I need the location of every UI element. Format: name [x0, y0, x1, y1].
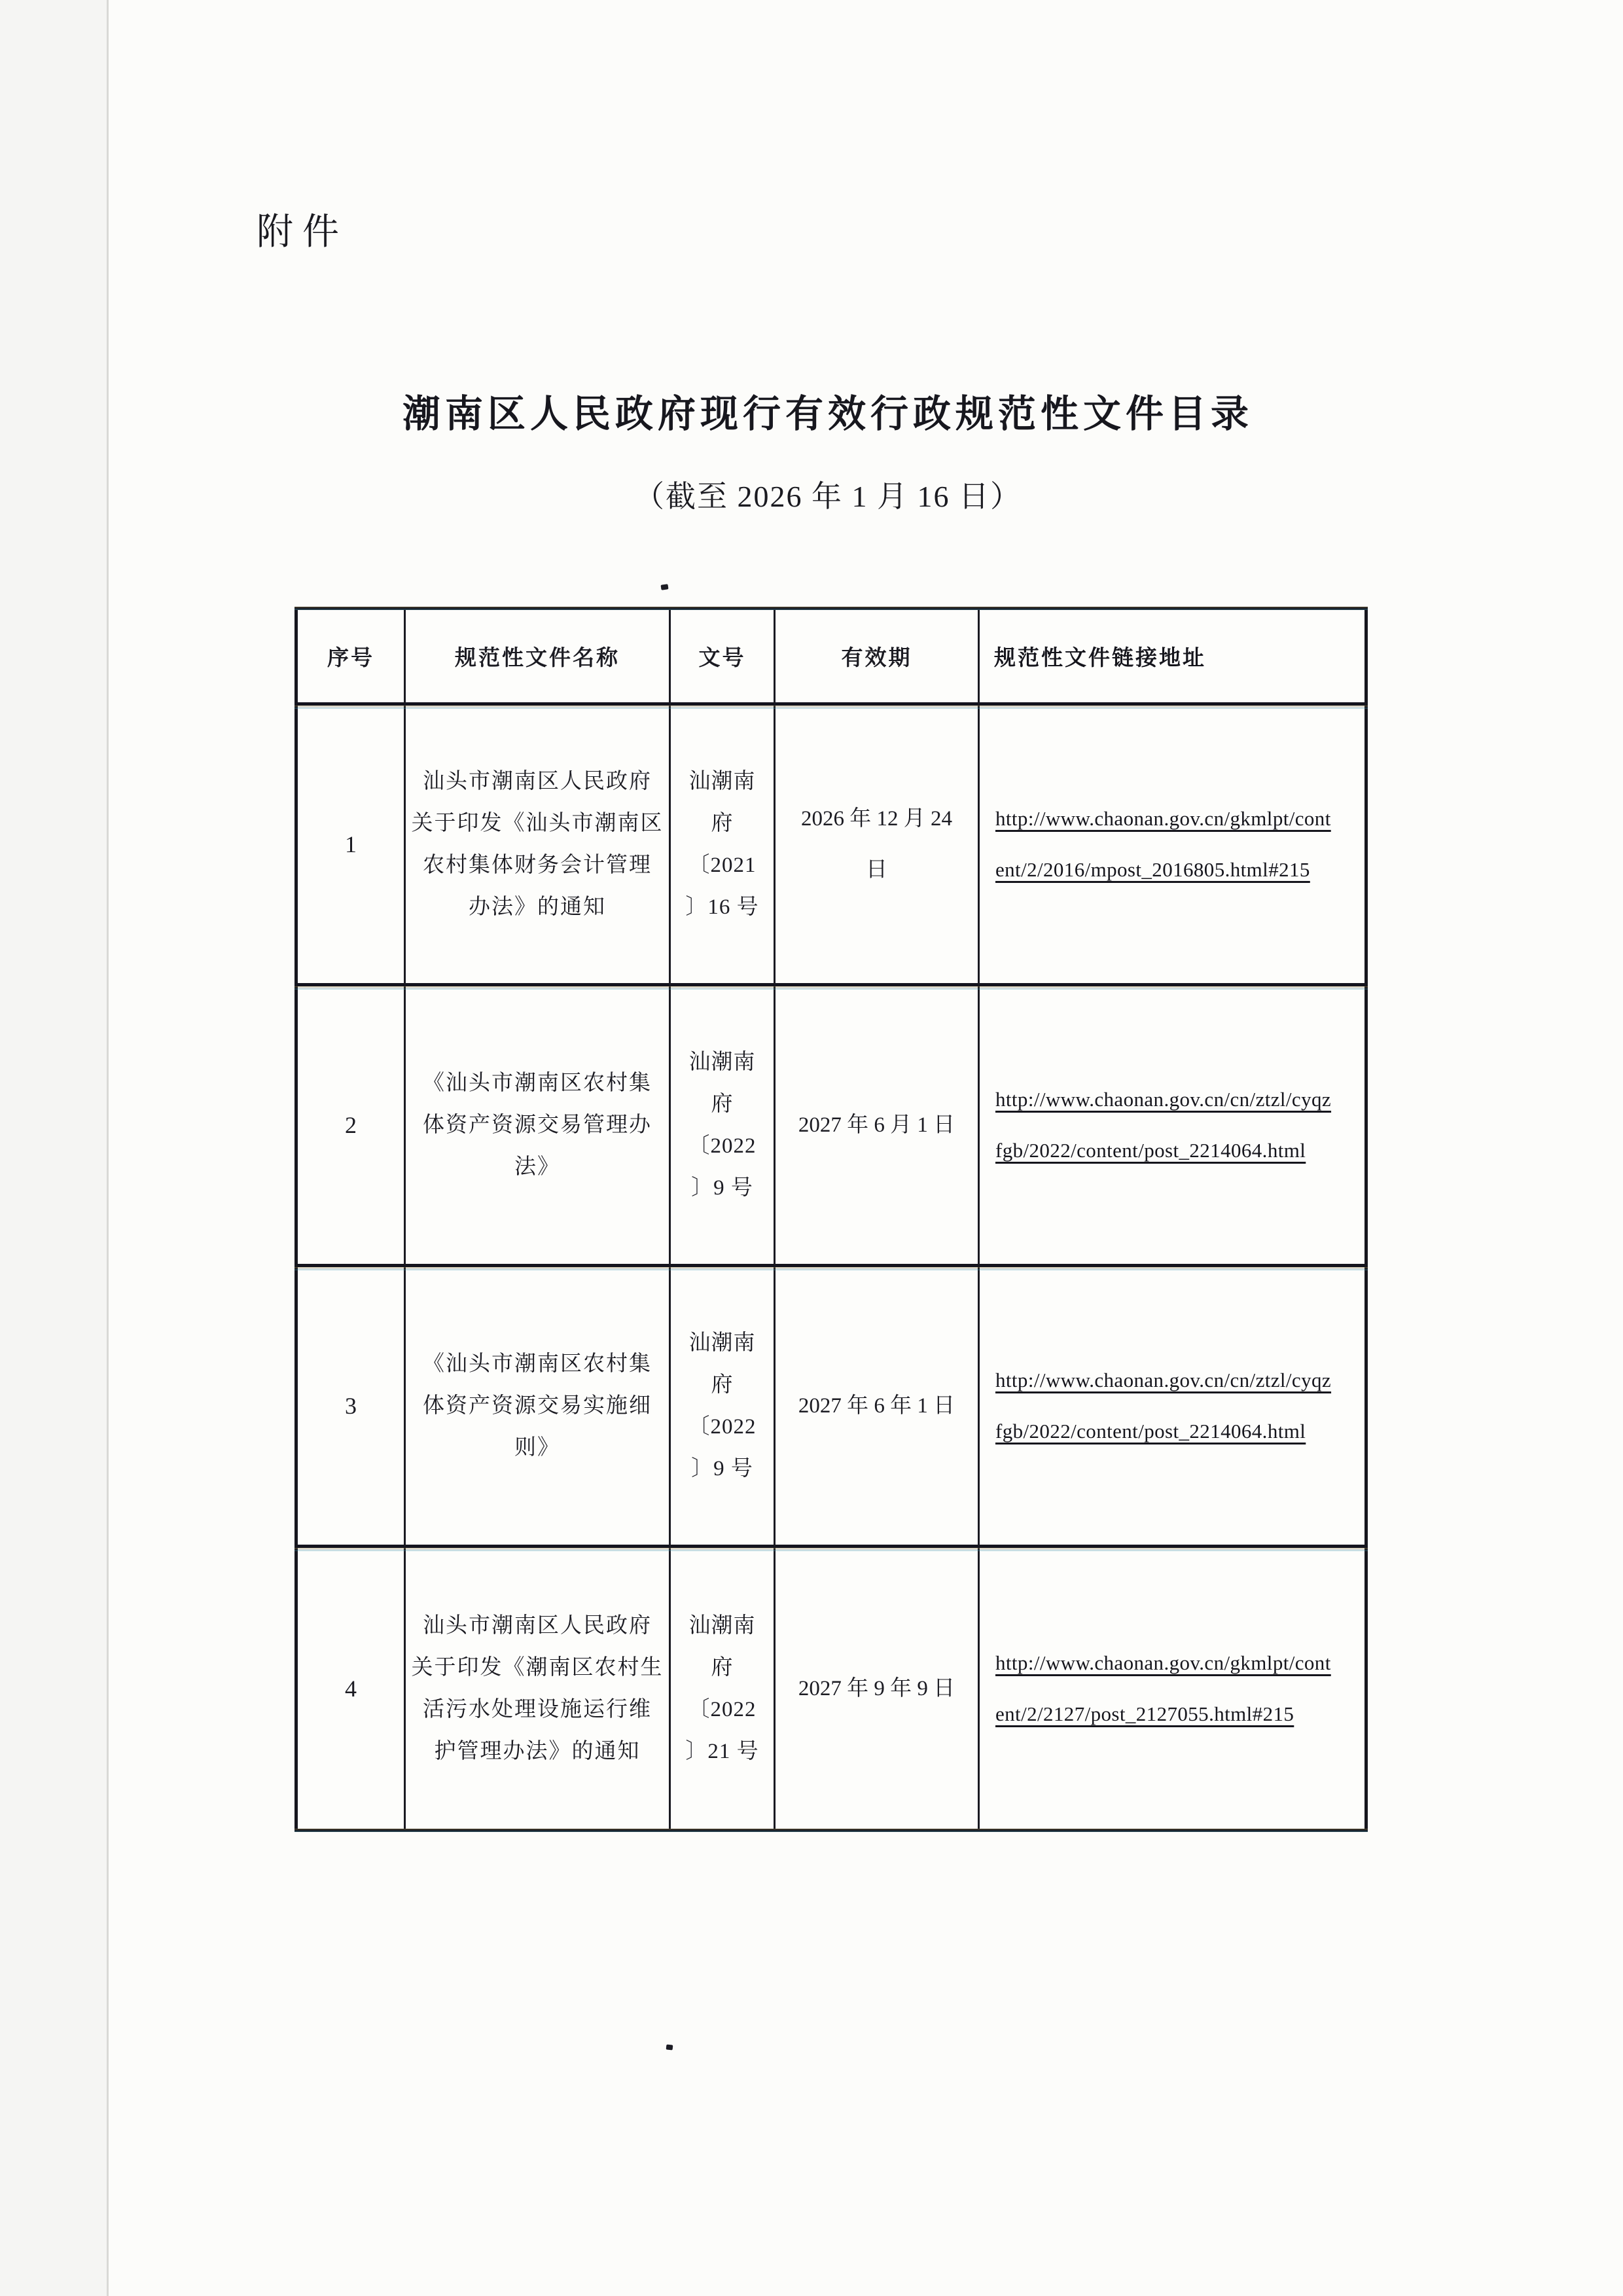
row3-doc-number: 汕潮南府〔2022〕9 号 — [671, 1267, 776, 1548]
row4-document-link[interactable]: http://www.chaonan.gov.cn/gkmlpt/content… — [980, 1548, 1364, 1829]
scanned-document-page: 附件 潮南区人民政府现行有效行政规范性文件目录 （截至 2026 年 1 月 1… — [0, 0, 1623, 2296]
row1-document-name: 汕头市潮南区人民政府关于印发《汕头市潮南区农村集体财务会计管理办法》的通知 — [406, 706, 671, 986]
header-doc-no: 文号 — [671, 610, 776, 706]
row1-doc-number: 汕潮南府〔2021〕16 号 — [671, 706, 776, 986]
page-edge-line — [107, 0, 109, 2296]
documents-table: 序号 规范性文件名称 文号 有效期 规范性文件链接地址 1 汕头市潮南区人民政府… — [294, 607, 1368, 1832]
page-title: 潮南区人民政府现行有效行政规范性文件目录 — [294, 383, 1361, 438]
row4-index: 4 — [298, 1548, 406, 1829]
row1-document-link[interactable]: http://www.chaonan.gov.cn/gkmlpt/content… — [980, 706, 1364, 986]
header-validity: 有效期 — [776, 610, 980, 706]
ink-speck — [666, 2044, 673, 2050]
row1-validity: 2026 年 12 月 24日 — [776, 706, 980, 986]
row2-index: 2 — [298, 986, 406, 1267]
attachment-label: 附件 — [257, 211, 348, 255]
row4-validity: 2027 年 9 年 9 日 — [776, 1548, 980, 1829]
row2-document-link[interactable]: http://www.chaonan.gov.cn/cn/ztzl/cyqzfg… — [980, 986, 1364, 1267]
row4-document-name: 汕头市潮南区人民政府关于印发《潮南区农村生活污水处理设施运行维护管理办法》的通知 — [406, 1548, 671, 1829]
page-subtitle: （截至 2026 年 1 月 16 日） — [294, 473, 1361, 516]
row2-doc-number: 汕潮南府〔2022〕9 号 — [671, 986, 776, 1267]
row1-index: 1 — [298, 706, 406, 986]
row3-document-link[interactable]: http://www.chaonan.gov.cn/cn/ztzl/cyqzfg… — [980, 1267, 1364, 1548]
row2-validity: 2027 年 6 月 1 日 — [776, 986, 980, 1267]
row3-validity: 2027 年 6 年 1 日 — [776, 1267, 980, 1548]
header-name: 规范性文件名称 — [406, 610, 671, 706]
row3-document-name: 《汕头市潮南区农村集体资产资源交易实施细则》 — [406, 1267, 671, 1548]
header-no: 序号 — [298, 610, 406, 706]
scan-fringe-line — [294, 1829, 1368, 1832]
ink-speck — [660, 584, 668, 590]
scan-edge-strip — [0, 0, 107, 2296]
row4-doc-number: 汕潮南府〔2022〕21 号 — [671, 1548, 776, 1829]
row2-document-name: 《汕头市潮南区农村集体资产资源交易管理办法》 — [406, 986, 671, 1267]
row3-index: 3 — [298, 1267, 406, 1548]
header-link: 规范性文件链接地址 — [980, 610, 1364, 706]
